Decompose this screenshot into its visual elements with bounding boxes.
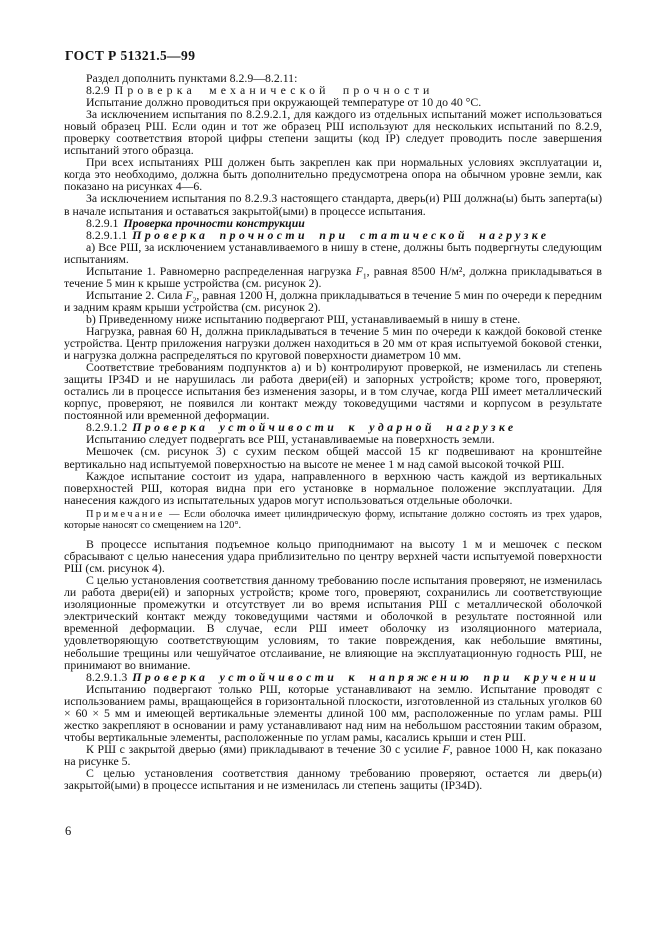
- paragraph-load-60: Нагрузка, равная 60 Н, должна прикладыва…: [64, 325, 602, 361]
- note-label: Примечание: [86, 509, 165, 520]
- text-run: К РШ с закрытой дверью (ями) прикладываю…: [86, 742, 443, 756]
- page-number: 6: [65, 824, 71, 839]
- force-symbol: F: [443, 742, 450, 756]
- paragraph-torsion: Испытанию подвергают только РШ, которые …: [64, 683, 602, 743]
- paragraph-each-test: Каждое испытание состоит из удара, напра…: [64, 470, 602, 506]
- section-heading-8-2-9-1-3: 8.2.9.1.3Проверка устойчивости к напряже…: [64, 671, 602, 683]
- document-body: Раздел дополнить пунктами 8.2.9—8.2.11: …: [64, 72, 602, 791]
- paragraph-item-a: a) Все РШ, за исключением устанавливаемо…: [64, 241, 602, 265]
- paragraph-test-1: Испытание 1. Равномерно распределенная н…: [64, 265, 602, 289]
- paragraph-exception-2: За исключением испытания по 8.2.9.3 наст…: [64, 192, 602, 216]
- section-heading-8-2-9-1-1: 8.2.9.1.1Проверка прочности при статичес…: [64, 229, 602, 241]
- paragraph-fixing: При всех испытаниях РШ должен быть закре…: [64, 156, 602, 192]
- paragraph-drop-process: В процессе испытания подъемное кольцо пр…: [64, 538, 602, 574]
- paragraph-test-2: Испытание 2. Сила F2, равная 1200 Н, дол…: [64, 289, 602, 313]
- note: Примечание — Если оболочка имеет цилиндр…: [64, 509, 602, 531]
- paragraph-conformity-2: С целью установления соответствия данном…: [64, 574, 602, 670]
- paragraph-force-applied: К РШ с закрытой дверью (ями) прикладываю…: [64, 743, 602, 767]
- paragraph-sandbag: Мешочек (см. рисунок 3) с сухим песком о…: [64, 445, 602, 469]
- paragraph-exception-1: За исключением испытания по 8.2.9.2.1, д…: [64, 108, 602, 156]
- paragraph-conformity-1: Соответствие требованиям подпунктов a) и…: [64, 361, 602, 421]
- standard-code: ГОСТ Р 51321.5—99: [65, 48, 195, 64]
- force-symbol: F: [356, 264, 363, 278]
- document-page: ГОСТ Р 51321.5—99 Раздел дополнить пункт…: [0, 0, 661, 936]
- paragraph-conformity-3: С целью установления соответствия данном…: [64, 767, 602, 791]
